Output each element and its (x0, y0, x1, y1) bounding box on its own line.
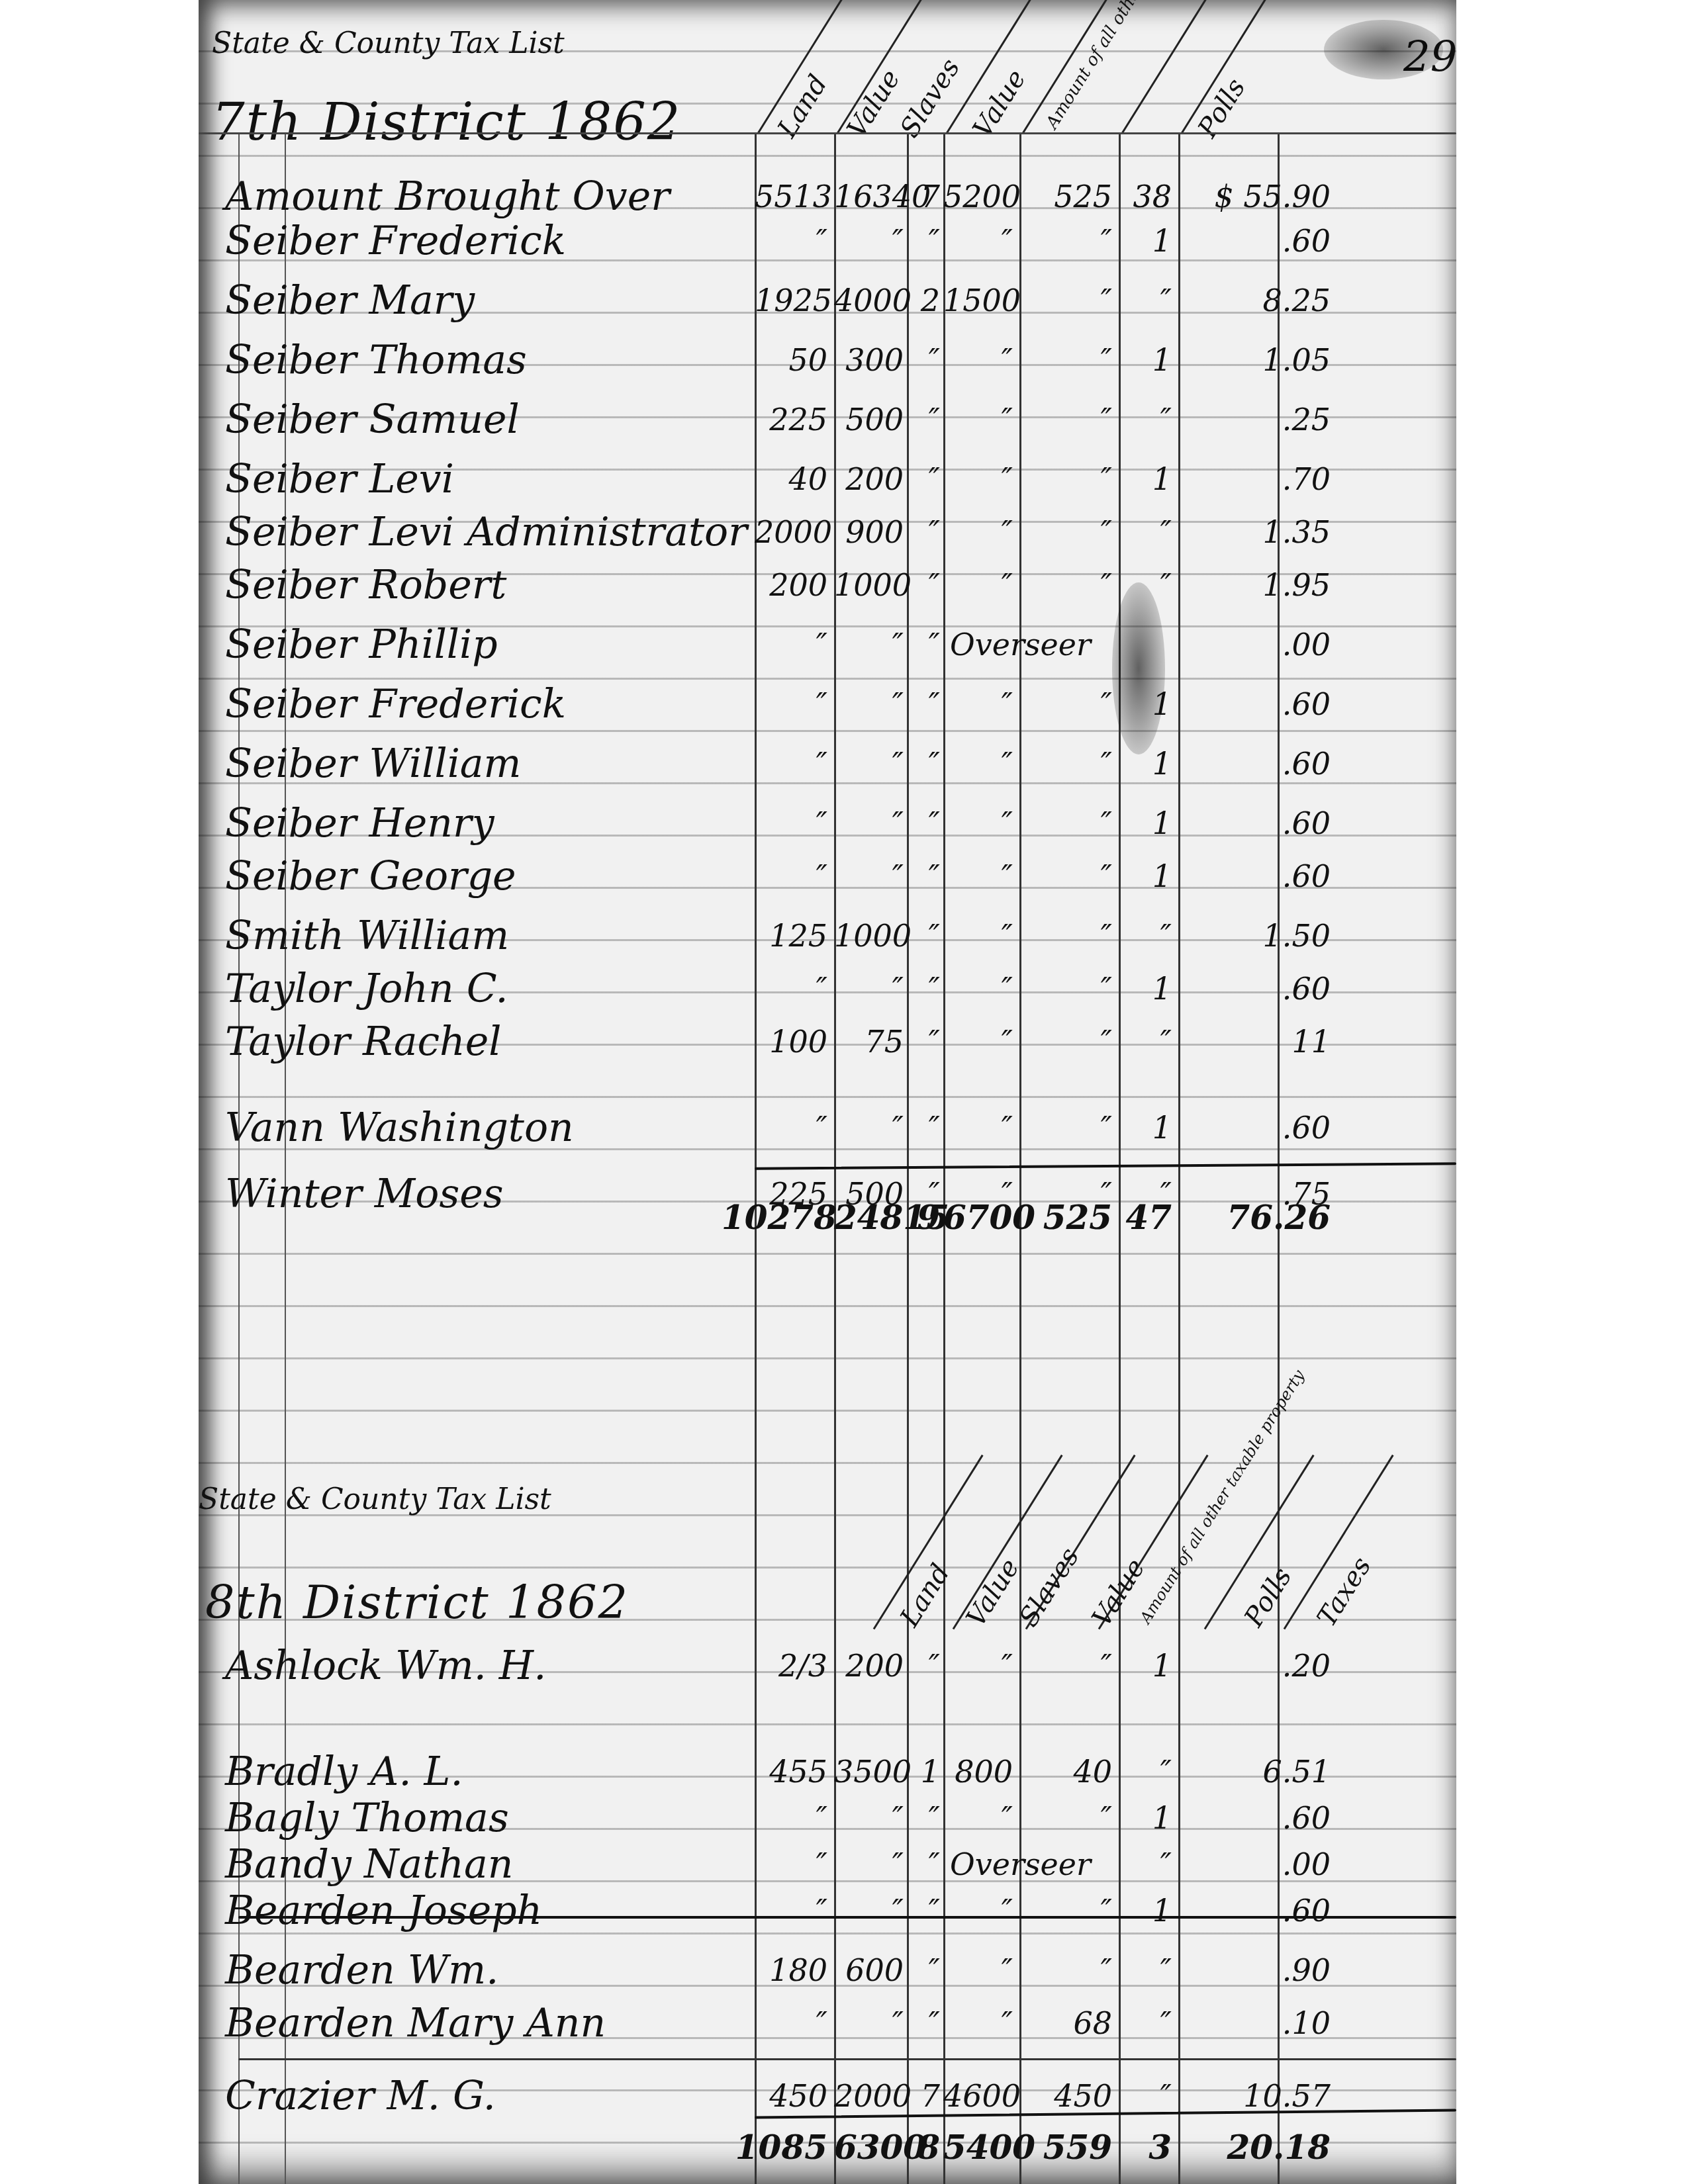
cell-slave-value: ″ (943, 2005, 1013, 2041)
cell-land-value: 500 (834, 402, 904, 437)
cell-slaves: ″ (907, 1893, 940, 1929)
cell-other-property: ″ (1019, 1648, 1112, 1684)
cell-land: 1925 (755, 283, 827, 318)
section-2-district: 8th District 1862 (205, 1575, 629, 1629)
cell-land: ″ (755, 1893, 827, 1929)
cell-slaves: ″ (907, 686, 940, 722)
cell-land: 40 (755, 461, 827, 497)
cell-land-value: 2000 (834, 2078, 904, 2114)
cell-polls: ″ (1119, 514, 1172, 550)
cell-slave-value: ″ (943, 971, 1013, 1007)
cell-tax: .60 (1178, 1893, 1331, 1929)
cell-polls: ″ (1119, 2005, 1172, 2041)
cell-other-property: ″ (1019, 461, 1112, 497)
header-slaves: Slaves (1013, 1543, 1085, 1632)
cell-other-property: ″ (1019, 283, 1112, 318)
cell-land-value: ″ (834, 1893, 904, 1929)
cell-slave-value: ″ (943, 1024, 1013, 1060)
cell-polls: 1 (1119, 1648, 1172, 1684)
row-name: Seiber George (225, 853, 516, 899)
cell-other-property: ″ (1019, 918, 1112, 954)
cell-tax: 1.50 (1178, 918, 1331, 954)
cell-slave-value: ″ (943, 402, 1013, 437)
cell-other-property: ″ (1019, 1110, 1112, 1146)
section-1-district: 7th District 1862 (212, 93, 681, 152)
cell-other-property: ″ (1019, 1800, 1112, 1836)
ledger-page: State & County Tax List 7th District 186… (199, 0, 1456, 2184)
header-value: Value (841, 64, 906, 143)
cell-tax: 10.57 (1178, 2078, 1331, 2114)
cell-other-property: ″ (1019, 567, 1112, 603)
header-land: Land (894, 1559, 956, 1632)
cell-other-property: ″ (1019, 686, 1112, 722)
cell-tax: .60 (1178, 223, 1331, 259)
total-other-property: 559 (1019, 2128, 1112, 2167)
cell-slaves: ″ (907, 223, 940, 259)
cell-tax: .25 (1178, 402, 1331, 437)
row-name: Seiber Mary (225, 277, 475, 324)
section-1-heading: State & County Tax List (212, 26, 565, 60)
total-slaves: 9 (907, 1198, 940, 1237)
cell-slaves: ″ (907, 1800, 940, 1836)
row-name: Bradly A. L. (225, 1749, 463, 1795)
cell-land-value: 1000 (834, 918, 904, 954)
cell-slave-value: ″ (943, 918, 1013, 954)
cell-slave-value: ″ (943, 514, 1013, 550)
cell-land: ″ (755, 805, 827, 841)
cell-slave-value: 5200 (943, 179, 1013, 214)
cell-land-value: ″ (834, 858, 904, 894)
cell-other-property: ″ (1019, 805, 1112, 841)
cell-slave-value: ″ (943, 461, 1013, 497)
cell-other-property: ″ (1019, 1024, 1112, 1060)
cell-polls: ″ (1119, 918, 1172, 954)
cell-slave-value: ″ (943, 805, 1013, 841)
cell-other-property: ″ (1019, 223, 1112, 259)
cell-tax: 1.05 (1178, 342, 1331, 378)
header-taxes: Taxes (1311, 1552, 1378, 1632)
row-name: Seiber Levi Administrator (225, 509, 747, 555)
total-slaves: 8 (907, 2128, 940, 2167)
row-name: Smith William (225, 913, 509, 959)
cell-polls: 1 (1119, 1800, 1172, 1836)
cell-polls: 1 (1119, 971, 1172, 1007)
cell-land-value: 200 (834, 1648, 904, 1684)
cell-slaves: ″ (907, 567, 940, 603)
cell-other-property: ″ (1019, 746, 1112, 782)
cell-other-property: ″ (1019, 858, 1112, 894)
row-name: Seiber Levi (225, 456, 454, 502)
row-name: Winter Moses (225, 1171, 503, 1217)
cell-other-property: ″ (1019, 1952, 1112, 1988)
cell-tax: .00 (1178, 627, 1331, 662)
cell-polls: 1 (1119, 805, 1172, 841)
cell-tax: .60 (1178, 1110, 1331, 1146)
cell-slaves: ″ (907, 805, 940, 841)
cell-land: 225 (755, 402, 827, 437)
cell-land: 455 (755, 1754, 827, 1790)
cell-slaves: ″ (907, 342, 940, 378)
total-land-value: 24815 (834, 1198, 904, 1237)
cell-slaves: 7 (907, 2078, 940, 2114)
cell-land: 200 (755, 567, 827, 603)
header-value: Value (961, 1553, 1025, 1632)
total-other-property: 525 (1019, 1198, 1112, 1237)
row-name: Taylor John C. (225, 966, 508, 1012)
section-2-heading: State & County Tax List (199, 1482, 551, 1516)
cell-slaves: ″ (907, 746, 940, 782)
cell-slaves: ″ (907, 1110, 940, 1146)
cell-tax: .00 (1178, 1846, 1331, 1882)
row-name: Seiber Frederick (225, 218, 566, 264)
total-land-value: 6300 (834, 2128, 904, 2167)
cell-slave-value: ″ (943, 1648, 1013, 1684)
cell-slaves: ″ (907, 461, 940, 497)
separator-rule (238, 1916, 1456, 1919)
cell-slave-value: ″ (943, 1952, 1013, 1988)
cell-slave-value: 800 (943, 1754, 1013, 1790)
cell-polls: ″ (1119, 1846, 1172, 1882)
row-name: Seiber Samuel (225, 396, 520, 443)
cell-tax: .20 (1178, 1648, 1331, 1684)
cell-slaves: ″ (907, 1846, 940, 1882)
cell-land: 100 (755, 1024, 827, 1060)
cell-tax: 8.25 (1178, 283, 1331, 318)
cell-tax: 1.95 (1178, 567, 1331, 603)
cell-tax: 1.35 (1178, 514, 1331, 550)
cell-polls: 1 (1119, 342, 1172, 378)
cell-land-value: 900 (834, 514, 904, 550)
cell-land: 50 (755, 342, 827, 378)
row-name: Seiber Frederick (225, 681, 566, 727)
cell-slave-value: ″ (943, 342, 1013, 378)
cell-land-value: ″ (834, 223, 904, 259)
cell-land: 450 (755, 2078, 827, 2114)
cell-land-value: 300 (834, 342, 904, 378)
total-polls: 3 (1119, 2128, 1172, 2167)
separator-rule (238, 2058, 1456, 2060)
total-land: 10278 (722, 1198, 827, 1237)
cell-slaves: ″ (907, 1648, 940, 1684)
cell-polls: 1 (1119, 1110, 1172, 1146)
cell-land: ″ (755, 1110, 827, 1146)
cell-polls: ″ (1119, 1754, 1172, 1790)
cell-tax: .60 (1178, 746, 1331, 782)
cell-land-value: ″ (834, 1800, 904, 1836)
cell-other-property: ″ (1019, 971, 1112, 1007)
header-rule (199, 132, 1456, 134)
cell-other-property: 68 (1019, 2005, 1112, 2041)
cell-slaves: ″ (907, 1024, 940, 1060)
cell-tax: .60 (1178, 686, 1331, 722)
cell-tax: .60 (1178, 971, 1331, 1007)
cell-slaves: 2 (907, 283, 940, 318)
row-name: Bearden Joseph (225, 1888, 542, 1934)
cell-slave-value: ″ (943, 858, 1013, 894)
cell-slaves: ″ (907, 1952, 940, 1988)
row-name: Seiber Henry (225, 800, 494, 846)
cell-slaves: ″ (907, 2005, 940, 2041)
cell-tax: 6.51 (1178, 1754, 1331, 1790)
cell-slave-value: ″ (943, 567, 1013, 603)
cell-land: 180 (755, 1952, 827, 1988)
row-name: Ashlock Wm. H. (225, 1643, 546, 1689)
cell-tax: $ 55.90 (1178, 179, 1331, 214)
cell-slave-value: ″ (943, 686, 1013, 722)
row-name: Bandy Nathan (225, 1841, 513, 1888)
cell-slave-value: ″ (943, 1893, 1013, 1929)
cell-polls: 1 (1119, 1893, 1172, 1929)
cell-land: ″ (755, 1800, 827, 1836)
cell-land: ″ (755, 2005, 827, 2041)
cell-slave-value: 1500 (943, 283, 1013, 318)
cell-slave-value: ″ (943, 223, 1013, 259)
cell-other-property: 40 (1019, 1754, 1112, 1790)
ink-smudge (1324, 20, 1443, 79)
cell-slaves: ″ (907, 402, 940, 437)
total-tax: 20.18 (1178, 2128, 1331, 2167)
cell-other-property: 450 (1019, 2078, 1112, 2114)
cell-land-value: 16340 (834, 179, 904, 214)
cell-polls: 38 (1119, 179, 1172, 214)
cell-slave-value: Overseer (943, 627, 1109, 662)
cell-other-property: ″ (1019, 402, 1112, 437)
cell-land-value: 3500 (834, 1754, 904, 1790)
row-name: Seiber Thomas (225, 337, 527, 383)
cell-polls: 1 (1119, 461, 1172, 497)
cell-land-value: ″ (834, 686, 904, 722)
cell-land: ″ (755, 1846, 827, 1882)
row-name: Seiber Robert (225, 562, 506, 608)
row-name: Taylor Rachel (225, 1019, 501, 1065)
cell-tax: .60 (1178, 858, 1331, 894)
row-name: Bearden Wm. (225, 1947, 498, 1993)
row-name: Seiber William (225, 741, 522, 787)
cell-slaves: ″ (907, 627, 940, 662)
cell-land: ″ (755, 858, 827, 894)
cell-polls: ″ (1119, 1952, 1172, 1988)
cell-tax: .70 (1178, 461, 1331, 497)
cell-land-value: 1000 (834, 567, 904, 603)
ink-smudge (1112, 582, 1165, 754)
cell-slave-value: Overseer (943, 1846, 1109, 1882)
row-name: Crazier M. G. (225, 2073, 496, 2119)
cell-land-value: 200 (834, 461, 904, 497)
row-name: Bagly Thomas (225, 1795, 509, 1841)
cell-polls: ″ (1119, 1024, 1172, 1060)
row-name: Seiber Phillip (225, 621, 498, 668)
cell-slaves: 7 (907, 179, 940, 214)
cell-slaves: ″ (907, 918, 940, 954)
cell-polls: 1 (1119, 223, 1172, 259)
header-slaves: Slaves (894, 54, 966, 143)
cell-slaves: ″ (907, 858, 940, 894)
cell-slave-value: 4600 (943, 2078, 1013, 2114)
cell-slaves: 1 (907, 1754, 940, 1790)
cell-other-property: ″ (1019, 514, 1112, 550)
cell-tax: .90 (1178, 1952, 1331, 1988)
total-polls: 47 (1119, 1198, 1172, 1237)
cell-land: ″ (755, 627, 827, 662)
cell-slaves: ″ (907, 971, 940, 1007)
cell-land: ″ (755, 971, 827, 1007)
cell-tax: .60 (1178, 1800, 1331, 1836)
cell-other-property: ″ (1019, 342, 1112, 378)
row-name: Amount Brought Over (225, 173, 670, 220)
cell-polls: ″ (1119, 402, 1172, 437)
cell-land-value: ″ (834, 971, 904, 1007)
cell-land: 125 (755, 918, 827, 954)
total-tax: 76.26 (1178, 1198, 1331, 1237)
cell-polls: ″ (1119, 283, 1172, 318)
cell-land-value: ″ (834, 1110, 904, 1146)
cell-land-value: ″ (834, 1846, 904, 1882)
cell-polls: 1 (1119, 858, 1172, 894)
cell-land-value: ″ (834, 2005, 904, 2041)
cell-tax: .10 (1178, 2005, 1331, 2041)
cell-land-value: ″ (834, 746, 904, 782)
cell-land: 2/3 (755, 1648, 827, 1684)
cell-land-value: ″ (834, 627, 904, 662)
cell-other-property: ″ (1019, 1893, 1112, 1929)
cell-polls: ″ (1119, 2078, 1172, 2114)
cell-tax: 11 (1178, 1024, 1331, 1060)
cell-tax: .60 (1178, 805, 1331, 841)
cell-land: 2000 (755, 514, 827, 550)
total-rule (755, 1162, 1456, 1169)
cell-slave-value: ″ (943, 1110, 1013, 1146)
cell-slave-value: ″ (943, 746, 1013, 782)
total-slave-value: 6700 (943, 1198, 1013, 1237)
row-name: Vann Washington (225, 1105, 574, 1151)
cell-slaves: ″ (907, 514, 940, 550)
cell-land: ″ (755, 223, 827, 259)
cell-other-property: 525 (1019, 179, 1112, 214)
cell-land-value: 75 (834, 1024, 904, 1060)
total-land: 1085 (728, 2128, 827, 2167)
cell-land: ″ (755, 746, 827, 782)
cell-land-value: 4000 (834, 283, 904, 318)
row-name: Bearden Mary Ann (225, 2000, 606, 2046)
cell-land: 5513 (755, 179, 827, 214)
cell-slave-value: ″ (943, 1800, 1013, 1836)
cell-land: ″ (755, 686, 827, 722)
cell-land-value: ″ (834, 805, 904, 841)
total-slave-value: 5400 (943, 2128, 1013, 2167)
cell-land-value: 600 (834, 1952, 904, 1988)
